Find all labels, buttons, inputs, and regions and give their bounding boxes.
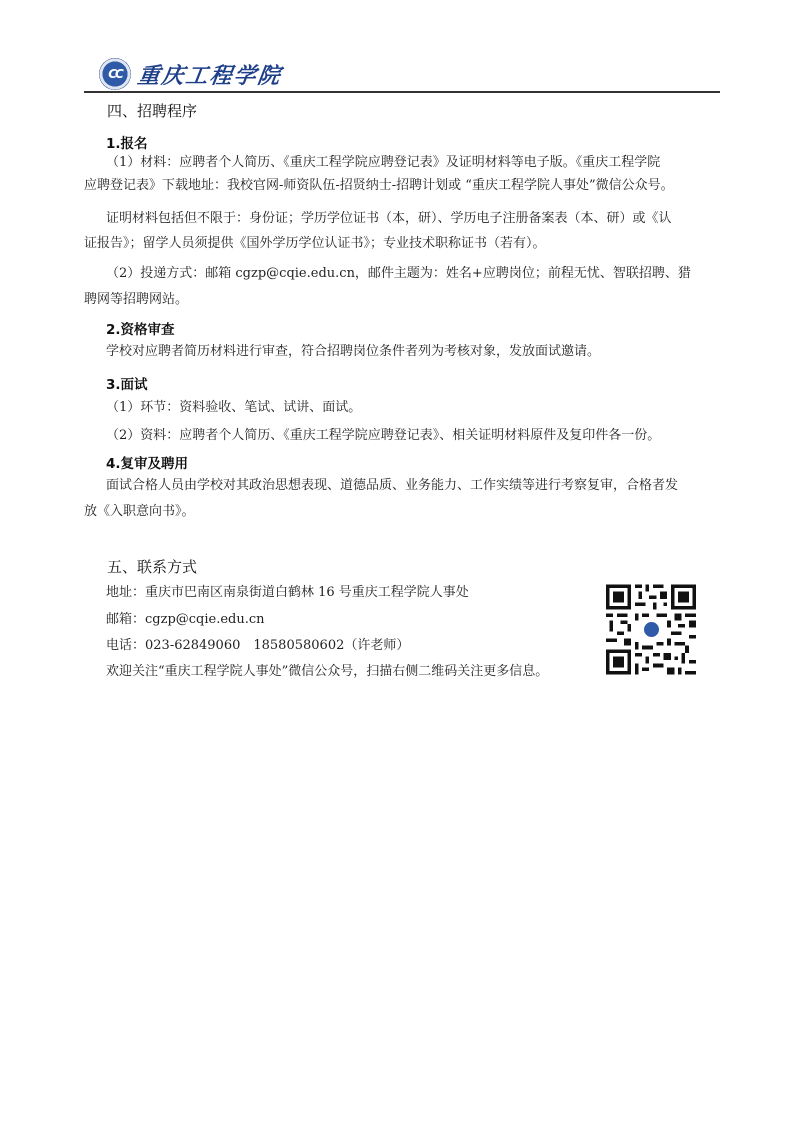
paragraph-line: 放《入职意向书》。 <box>84 500 195 523</box>
qr-center-logo-icon <box>642 620 661 639</box>
page-header: CC 重庆工程学院 <box>84 55 720 93</box>
contact-follow-note: 欢迎关注“重庆工程学院人事处”微信公众号，扫描右侧二维码关注更多信息。 <box>106 660 548 683</box>
paragraph-line: 学校对应聘者简历材料进行审查，符合招聘岗位条件者列为考核对象，发放面试邀请。 <box>106 340 600 363</box>
school-logo-icon: CC <box>99 58 131 90</box>
contact-email: 邮箱：cgzp@cqie.edu.cn <box>106 608 265 631</box>
paragraph-line: 聘网等招聘网站。 <box>84 288 188 311</box>
paragraph-line: 证明材料包括但不限于：身份证；学历学位证书（本，研）、学历电子注册备案表（本、研… <box>106 207 672 230</box>
step-title-registration: 1.报名 <box>106 132 148 152</box>
contact-address: 地址：重庆市巴南区南泉街道白鹤林 16 号重庆工程学院人事处 <box>106 581 469 604</box>
logo-letters: CC <box>99 58 131 90</box>
section-title-recruitment-procedure: 四、招聘程序 <box>107 100 197 121</box>
qr-code-icon <box>606 584 696 675</box>
school-name: 重庆工程学院 <box>136 59 284 90</box>
paragraph-line: 证报告》；留学人员须提供《国外学历学位认证书》；专业技术职称证书（若有）。 <box>84 232 546 255</box>
paragraph-line: （2）资料：应聘者个人简历、《重庆工程学院应聘登记表》、相关证明材料原件及复印件… <box>106 424 660 447</box>
paragraph-line: （2）投递方式：邮箱 cgzp@cqie.edu.cn，邮件主题为：姓名+应聘岗… <box>106 262 691 285</box>
section-title-contact: 五、联系方式 <box>107 556 197 577</box>
paragraph-line: （1）材料：应聘者个人简历、《重庆工程学院应聘登记表》及证明材料等电子版。《重庆… <box>106 151 660 174</box>
contact-phone: 电话：023-62849060 18580580602（许老师） <box>106 634 409 657</box>
step-title-final-review-hiring: 4.复审及聘用 <box>106 452 188 472</box>
step-title-interview: 3.面试 <box>106 373 148 393</box>
paragraph-line: 面试合格人员由学校对其政治思想表现、道德品质、业务能力、工作实绩等进行考察复审，… <box>106 474 678 497</box>
paragraph-line: 应聘登记表》下载地址：我校官网-师资队伍-招贤纳士-招聘计划或 “重庆工程学院人… <box>84 174 674 197</box>
paragraph-line: （1）环节：资料验收、笔试、试讲、面试。 <box>106 396 361 419</box>
step-title-qualification-review: 2.资格审查 <box>106 318 175 338</box>
